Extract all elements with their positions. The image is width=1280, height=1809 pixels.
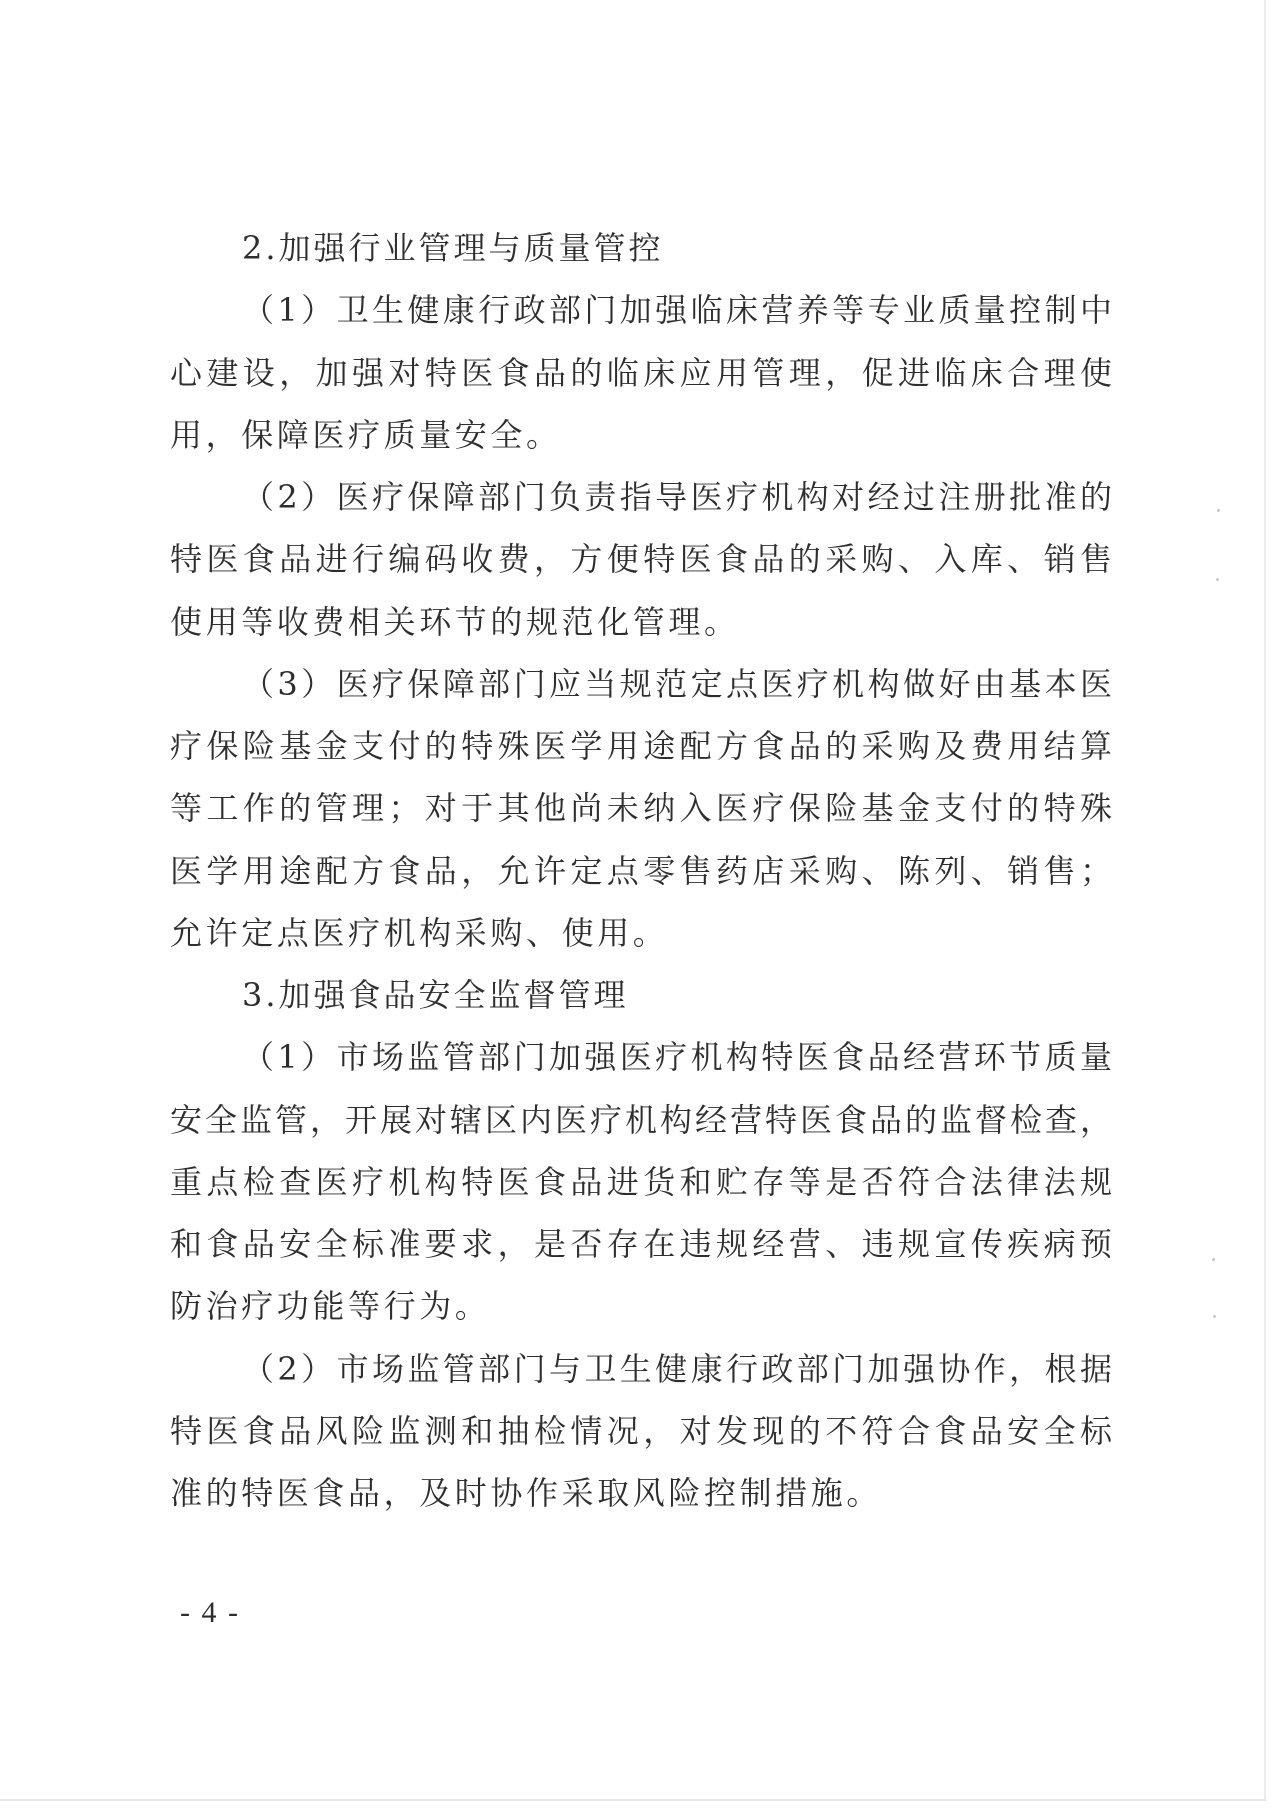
paragraph-line: （1）卫生健康行政部门加强临床营养等专业质量控制中 — [170, 279, 1112, 341]
scan-speck — [1213, 1315, 1216, 1318]
paragraph-line: 用，保障医疗质量安全。 — [170, 404, 1112, 466]
page-edge-right — [1264, 0, 1266, 1800]
paragraph-line: （2）市场监管部门与卫生健康行政部门加强协作，根据 — [170, 1338, 1112, 1400]
page-edge-bottom — [0, 1799, 1266, 1801]
paragraph-line: 心建设，加强对特医食品的临床应用管理，促进临床合理使 — [170, 342, 1112, 404]
paragraph-line: 疗保险基金支付的特殊医学用途配方食品的采购及费用结算 — [170, 715, 1112, 777]
paragraph-line: 特医食品进行编码收费，方便特医食品的采购、入库、销售 — [170, 528, 1112, 590]
section-heading-3: 3.加强食品安全监督管理 — [170, 964, 1112, 1026]
paragraph-line: 允许定点医疗机构采购、使用。 — [170, 902, 1112, 964]
paragraph-line: 医学用途配方食品，允许定点零售药店采购、陈列、销售； — [170, 840, 1112, 902]
scanned-page: 2.加强行业管理与质量管控 （1）卫生健康行政部门加强临床营养等专业质量控制中 … — [0, 0, 1280, 1809]
scan-speck — [1212, 1258, 1215, 1261]
scan-speck — [1217, 509, 1220, 512]
paragraph-line: 和食品安全标准要求，是否存在违规经营、违规宣传疾病预 — [170, 1213, 1112, 1275]
paragraph-line: 防治疗功能等行为。 — [170, 1275, 1112, 1337]
section-heading-2: 2.加强行业管理与质量管控 — [170, 217, 1112, 279]
paragraph-line: （1）市场监管部门加强医疗机构特医食品经营环节质量 — [170, 1026, 1112, 1088]
document-body: 2.加强行业管理与质量管控 （1）卫生健康行政部门加强临床营养等专业质量控制中 … — [170, 217, 1112, 1524]
paragraph-line: （2）医疗保障部门负责指导医疗机构对经过注册批准的 — [170, 466, 1112, 528]
page-number: - 4 - — [180, 1596, 240, 1630]
scan-speck — [1216, 578, 1219, 581]
paragraph-line: 等工作的管理；对于其他尚未纳入医疗保险基金支付的特殊 — [170, 777, 1112, 839]
paragraph-line: 准的特医食品，及时协作采取风险控制措施。 — [170, 1462, 1112, 1524]
paragraph-line: 安全监管，开展对辖区内医疗机构经营特医食品的监督检查， — [170, 1089, 1112, 1151]
paragraph-line: 重点检查医疗机构特医食品进货和贮存等是否符合法律法规 — [170, 1151, 1112, 1213]
paragraph-line: （3）医疗保障部门应当规范定点医疗机构做好由基本医 — [170, 653, 1112, 715]
paragraph-line: 使用等收费相关环节的规范化管理。 — [170, 591, 1112, 653]
paragraph-line: 特医食品风险监测和抽检情况，对发现的不符合食品安全标 — [170, 1400, 1112, 1462]
